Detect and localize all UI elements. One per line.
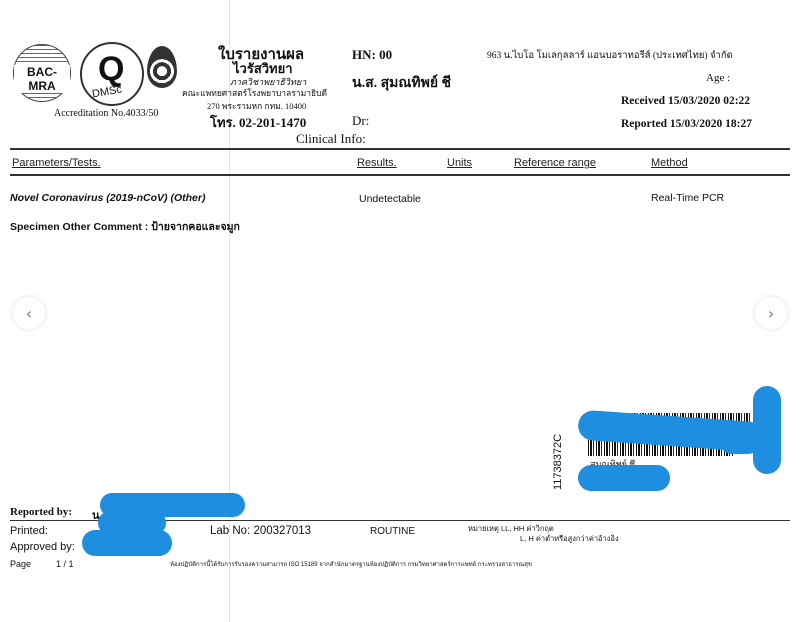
- hn-number: HN: 00: [352, 47, 392, 63]
- faculty: คณะแพทยศาสตร์โรงพยาบาลรามาธิบดี: [182, 86, 327, 100]
- lab-number: Lab No: 200327013: [210, 525, 311, 537]
- phone: โทร. 02-201-1470: [210, 112, 306, 133]
- test-result: Undetectable: [359, 193, 421, 205]
- company-name: 963 น.ไบโอ โมเลกุลลาร์ แอนบอราทอรีส์ (ปร…: [487, 48, 733, 63]
- chevron-right-icon: ›: [768, 304, 775, 323]
- dmsc-text: DMSc: [91, 83, 123, 100]
- carousel-next-button[interactable]: ›: [755, 297, 787, 329]
- printed-label: Printed:: [10, 525, 48, 537]
- age-label: Age :: [706, 72, 730, 84]
- col-header-results: Results.: [357, 157, 397, 169]
- sticker-number: 11738372C: [552, 434, 564, 490]
- patient-name: น.ส. สุมณทิพย์ ชี: [352, 72, 451, 94]
- address: 270 พระรามหก กทม. 10400: [207, 99, 306, 113]
- test-method: Real-Time PCR: [651, 192, 724, 204]
- table-header-rule: [10, 174, 790, 176]
- carousel-prev-button[interactable]: ‹: [13, 297, 45, 329]
- bac-mra-text: BAC-MRA: [14, 65, 70, 93]
- col-header-method: Method: [651, 157, 688, 169]
- clinical-info-label: Clinical Info:: [296, 131, 366, 147]
- priority-status: ROUTINE: [370, 526, 415, 537]
- redaction-mark: [578, 465, 670, 491]
- iso-accreditation-note: ห้องปฏิบัติการนี้ได้รับการรับรองความสามา…: [170, 559, 532, 569]
- approved-by-label: Approved by:: [10, 541, 75, 553]
- doctor-label: Dr:: [352, 113, 369, 129]
- bac-mra-logo: BAC-MRA: [13, 44, 71, 102]
- redaction-mark: [82, 530, 172, 556]
- col-header-units: Units: [447, 157, 472, 169]
- reference-flag-note: L, H ค่าต่ำหรือสูงกว่าค่าอ้างอิง: [520, 533, 619, 545]
- col-header-tests: Parameters/Tests.: [12, 157, 101, 169]
- chevron-left-icon: ‹: [26, 304, 33, 323]
- redaction-mark: [753, 386, 781, 474]
- received-datetime: Received 15/03/2020 02:22: [621, 95, 750, 107]
- accreditation-number: Accreditation No.4033/50: [54, 108, 158, 119]
- test-name: Novel Coronavirus (2019-nCoV) (Other): [10, 192, 205, 204]
- page-label: Page: [10, 559, 31, 569]
- specimen-comment: Specimen Other Comment : ป้ายจากคอและจมู…: [10, 218, 240, 235]
- reported-datetime: Reported 15/03/2020 18:27: [621, 118, 752, 130]
- col-header-reference: Reference range: [514, 157, 596, 169]
- dmsc-quality-logo: Q DMSc: [80, 42, 144, 106]
- hospital-emblem-icon: [147, 46, 177, 88]
- page-number: 1 / 1: [56, 559, 74, 569]
- table-top-rule: [10, 148, 790, 150]
- reported-by-label: Reported by:: [10, 506, 72, 518]
